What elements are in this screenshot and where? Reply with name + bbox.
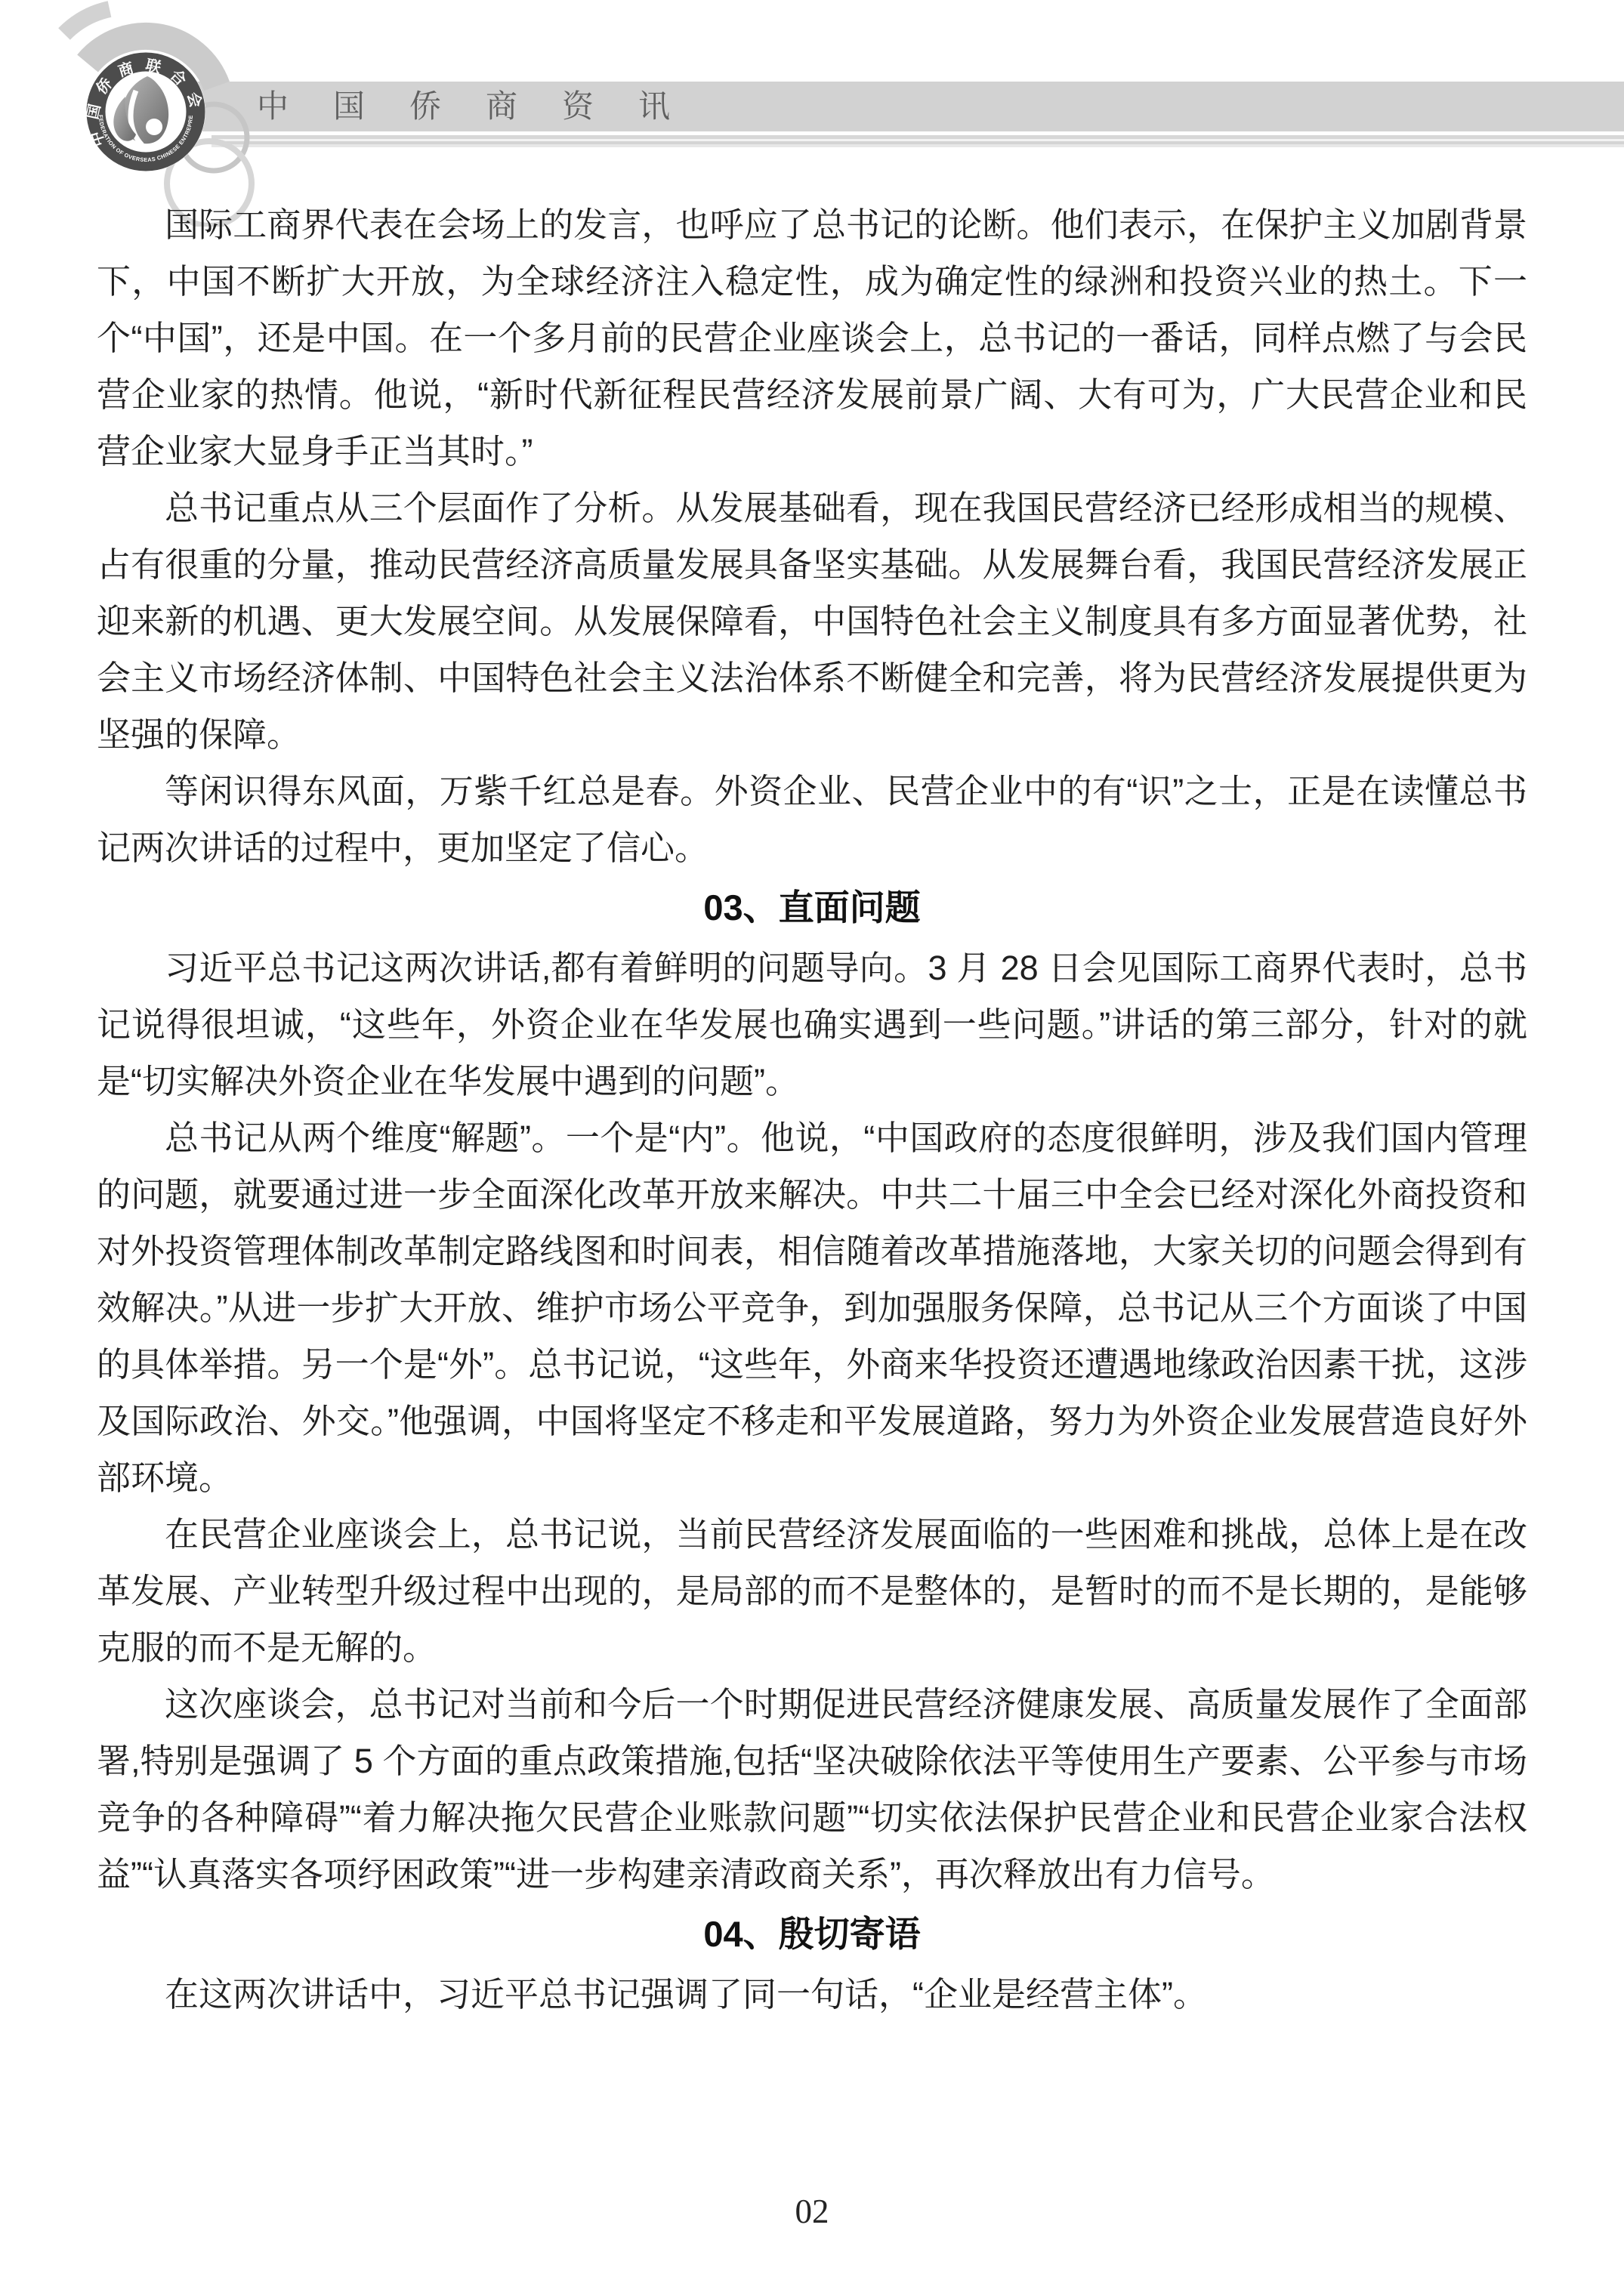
banner-title: 中国侨商资讯	[257, 82, 715, 131]
paragraph: 总书记重点从三个层面作了分析。从发展基础看，现在我国民营经济已经形成相当的规模、…	[97, 480, 1527, 763]
divider-line	[211, 144, 1624, 147]
document-page: 中国侨商资讯	[0, 0, 1624, 2293]
federation-seal-logo: 中国侨商联合会 CHINA FEDERATION OF OVERSEAS CHI…	[23, 0, 295, 227]
paragraph: 等闲识得东风面，万紫千红总是春。外资企业、民营企业中的有“识”之士，正是在读懂总…	[97, 763, 1527, 876]
paragraph: 这次座谈会，总书记对当前和今后一个时期促进民营经济健康发展、高质量发展作了全面部…	[97, 1676, 1527, 1903]
header-divider-stripes	[211, 135, 1624, 147]
header-banner: 中国侨商资讯	[195, 82, 1624, 131]
paragraph: 在民营企业座谈会上，总书记说，当前民营经济发展面临的一些困难和挑战，总体上是在改…	[97, 1506, 1527, 1676]
paragraph: 在这两次讲话中，习近平总书记强调了同一句话，“企业是经营主体”。	[97, 1966, 1527, 2023]
paragraph: 习近平总书记这两次讲话,都有着鲜明的问题导向。3 月 28 日会见国际工商界代表…	[97, 940, 1527, 1109]
paragraph: 总书记从两个维度“解题”。一个是“内”。他说，“中国政府的态度很鲜明，涉及我们国…	[97, 1109, 1527, 1506]
section-heading: 03、直面问题	[97, 878, 1527, 937]
page-number: 02	[0, 2192, 1624, 2231]
section-heading: 04、殷切寄语	[97, 1905, 1527, 1964]
article-body: 国际工商界代表在会场上的发言，也呼应了总书记的论断。他们表示，在保护主义加剧背景…	[97, 196, 1527, 2023]
paragraph: 国际工商界代表在会场上的发言，也呼应了总书记的论断。他们表示，在保护主义加剧背景…	[97, 196, 1527, 480]
